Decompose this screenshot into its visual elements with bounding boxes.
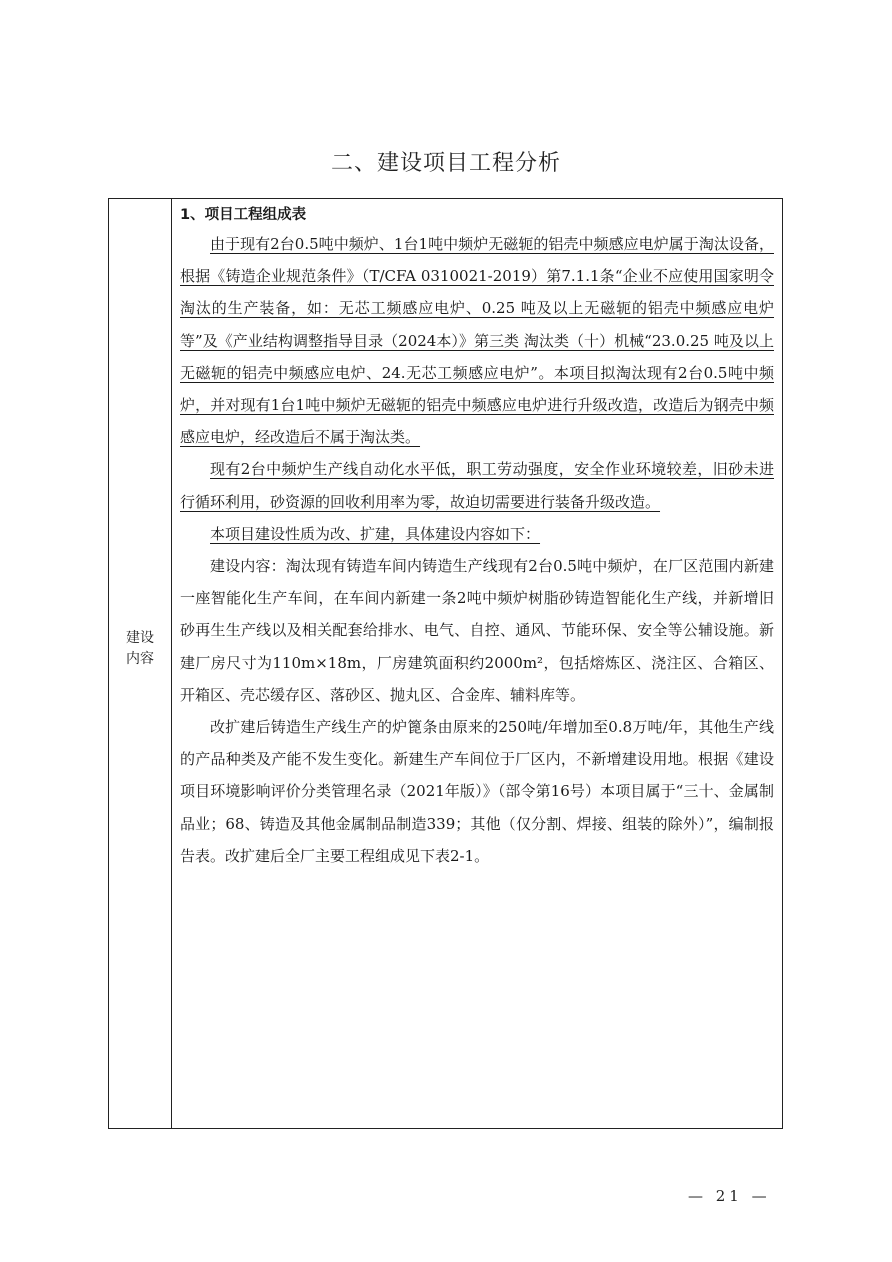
content-cell: 1、项目工程组成表 由于现有2台0.5吨中频炉、1台1吨中频炉无磁轭的铝壳中频感…	[172, 199, 782, 1128]
page-title: 二、建设项目工程分析	[0, 146, 892, 177]
row-label: 建设内容	[124, 628, 156, 670]
page-number: — 21 —	[688, 1187, 771, 1205]
paragraph-obsolete-equipment: 由于现有2台0.5吨中频炉、1台1吨中频炉无磁轭的铝壳中频感应电炉属于淘汰设备，…	[180, 228, 774, 453]
section-heading: 1、项目工程组成表	[180, 202, 774, 228]
row-label-cell: 建设内容	[109, 199, 172, 1128]
paragraph-capacity-classification: 改扩建后铸造生产线生产的炉篦条由原来的250吨/年增加至0.8万吨/年，其他生产…	[180, 711, 774, 872]
paragraph-construction-content: 建设内容：淘汰现有铸造车间内铸造生产线现有2台0.5吨中频炉，在厂区范围内新建一…	[180, 550, 774, 711]
paragraph-construction-nature: 本项目建设性质为改、扩建，具体建设内容如下：	[180, 518, 774, 550]
paragraph-upgrade-need: 现有2台中频炉生产线自动化水平低，职工劳动强度，安全作业环境较差，旧砂未进行循环…	[180, 453, 774, 517]
project-analysis-table: 建设内容 1、项目工程组成表 由于现有2台0.5吨中频炉、1台1吨中频炉无磁轭的…	[108, 198, 783, 1129]
